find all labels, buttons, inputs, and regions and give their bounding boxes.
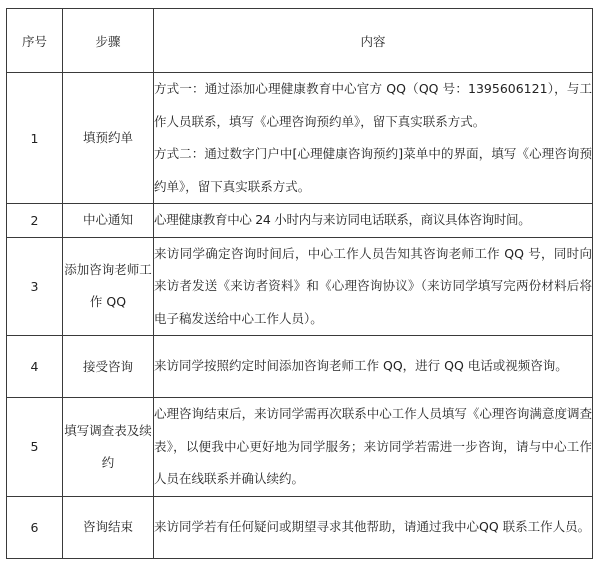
row-step: 填写调查表及续约 — [63, 398, 154, 497]
row-step: 中心通知 — [63, 204, 154, 238]
row-number: 3 — [7, 237, 63, 336]
table-row: 3 添加咨询老师工作 QQ 来访同学确定咨询时间后，中心工作人员告知其咨询老师工… — [7, 237, 593, 336]
row-step: 填预约单 — [63, 73, 154, 204]
table-row: 6 咨询结束 来访同学若有任何疑问或期望寻求其他帮助，请通过我中心QQ 联系工作… — [7, 496, 593, 558]
row-number: 4 — [7, 336, 63, 398]
row-content: 方式一：通过添加心理健康教育中心官方 QQ（QQ 号：1395606121），与… — [154, 73, 593, 204]
row-number: 2 — [7, 204, 63, 238]
row-step: 添加咨询老师工作 QQ — [63, 237, 154, 336]
table-row: 2 中心通知 心理健康教育中心 24 小时内与来访同电话联系，商议具体咨询时间。 — [7, 204, 593, 238]
row-number: 6 — [7, 496, 63, 558]
row-content: 心理咨询结束后，来访同学需再次联系中心工作人员填写《心理咨询满意度调查表》，以便… — [154, 398, 593, 497]
table-row: 5 填写调查表及续约 心理咨询结束后，来访同学需再次联系中心工作人员填写《心理咨… — [7, 398, 593, 497]
row-step: 接受咨询 — [63, 336, 154, 398]
content-paragraph: 心理咨询结束后，来访同学需再次联系中心工作人员填写《心理咨询满意度调查表》，以便… — [154, 398, 592, 496]
row-step: 咨询结束 — [63, 496, 154, 558]
row-content: 来访同学确定咨询时间后，中心工作人员告知其咨询老师工作 QQ 号，同时向来访者发… — [154, 237, 593, 336]
table-row: 4 接受咨询 来访同学按照约定时间添加咨询老师工作 QQ，进行 QQ 电话或视频… — [7, 336, 593, 398]
header-row: 序号 步骤 内容 — [7, 9, 593, 73]
content-paragraph: 方式二：通过数字门户中[心理健康咨询预约]菜单中的界面，填写《心理咨询预约单》，… — [154, 138, 592, 203]
row-content: 来访同学若有任何疑问或期望寻求其他帮助，请通过我中心QQ 联系工作人员。 — [154, 496, 593, 558]
content-paragraph: 来访同学按照约定时间添加咨询老师工作 QQ，进行 QQ 电话或视频咨询。 — [154, 350, 592, 383]
content-paragraph: 来访同学若有任何疑问或期望寻求其他帮助，请通过我中心QQ 联系工作人员。 — [154, 511, 592, 544]
row-content: 来访同学按照约定时间添加咨询老师工作 QQ，进行 QQ 电话或视频咨询。 — [154, 336, 593, 398]
header-number: 序号 — [7, 9, 63, 73]
table-row: 1 填预约单 方式一：通过添加心理健康教育中心官方 QQ（QQ 号：139560… — [7, 73, 593, 204]
row-content: 心理健康教育中心 24 小时内与来访同电话联系，商议具体咨询时间。 — [154, 204, 593, 238]
content-paragraph: 方式一：通过添加心理健康教育中心官方 QQ（QQ 号：1395606121），与… — [154, 73, 592, 138]
header-content: 内容 — [154, 9, 593, 73]
row-number: 5 — [7, 398, 63, 497]
content-paragraph: 来访同学确定咨询时间后，中心工作人员告知其咨询老师工作 QQ 号，同时向来访者发… — [154, 238, 592, 336]
content-paragraph: 心理健康教育中心 24 小时内与来访同电话联系，商议具体咨询时间。 — [154, 204, 592, 237]
header-step: 步骤 — [63, 9, 154, 73]
row-number: 1 — [7, 73, 63, 204]
consultation-steps-table: 序号 步骤 内容 1 填预约单 方式一：通过添加心理健康教育中心官方 QQ（QQ… — [6, 8, 593, 559]
